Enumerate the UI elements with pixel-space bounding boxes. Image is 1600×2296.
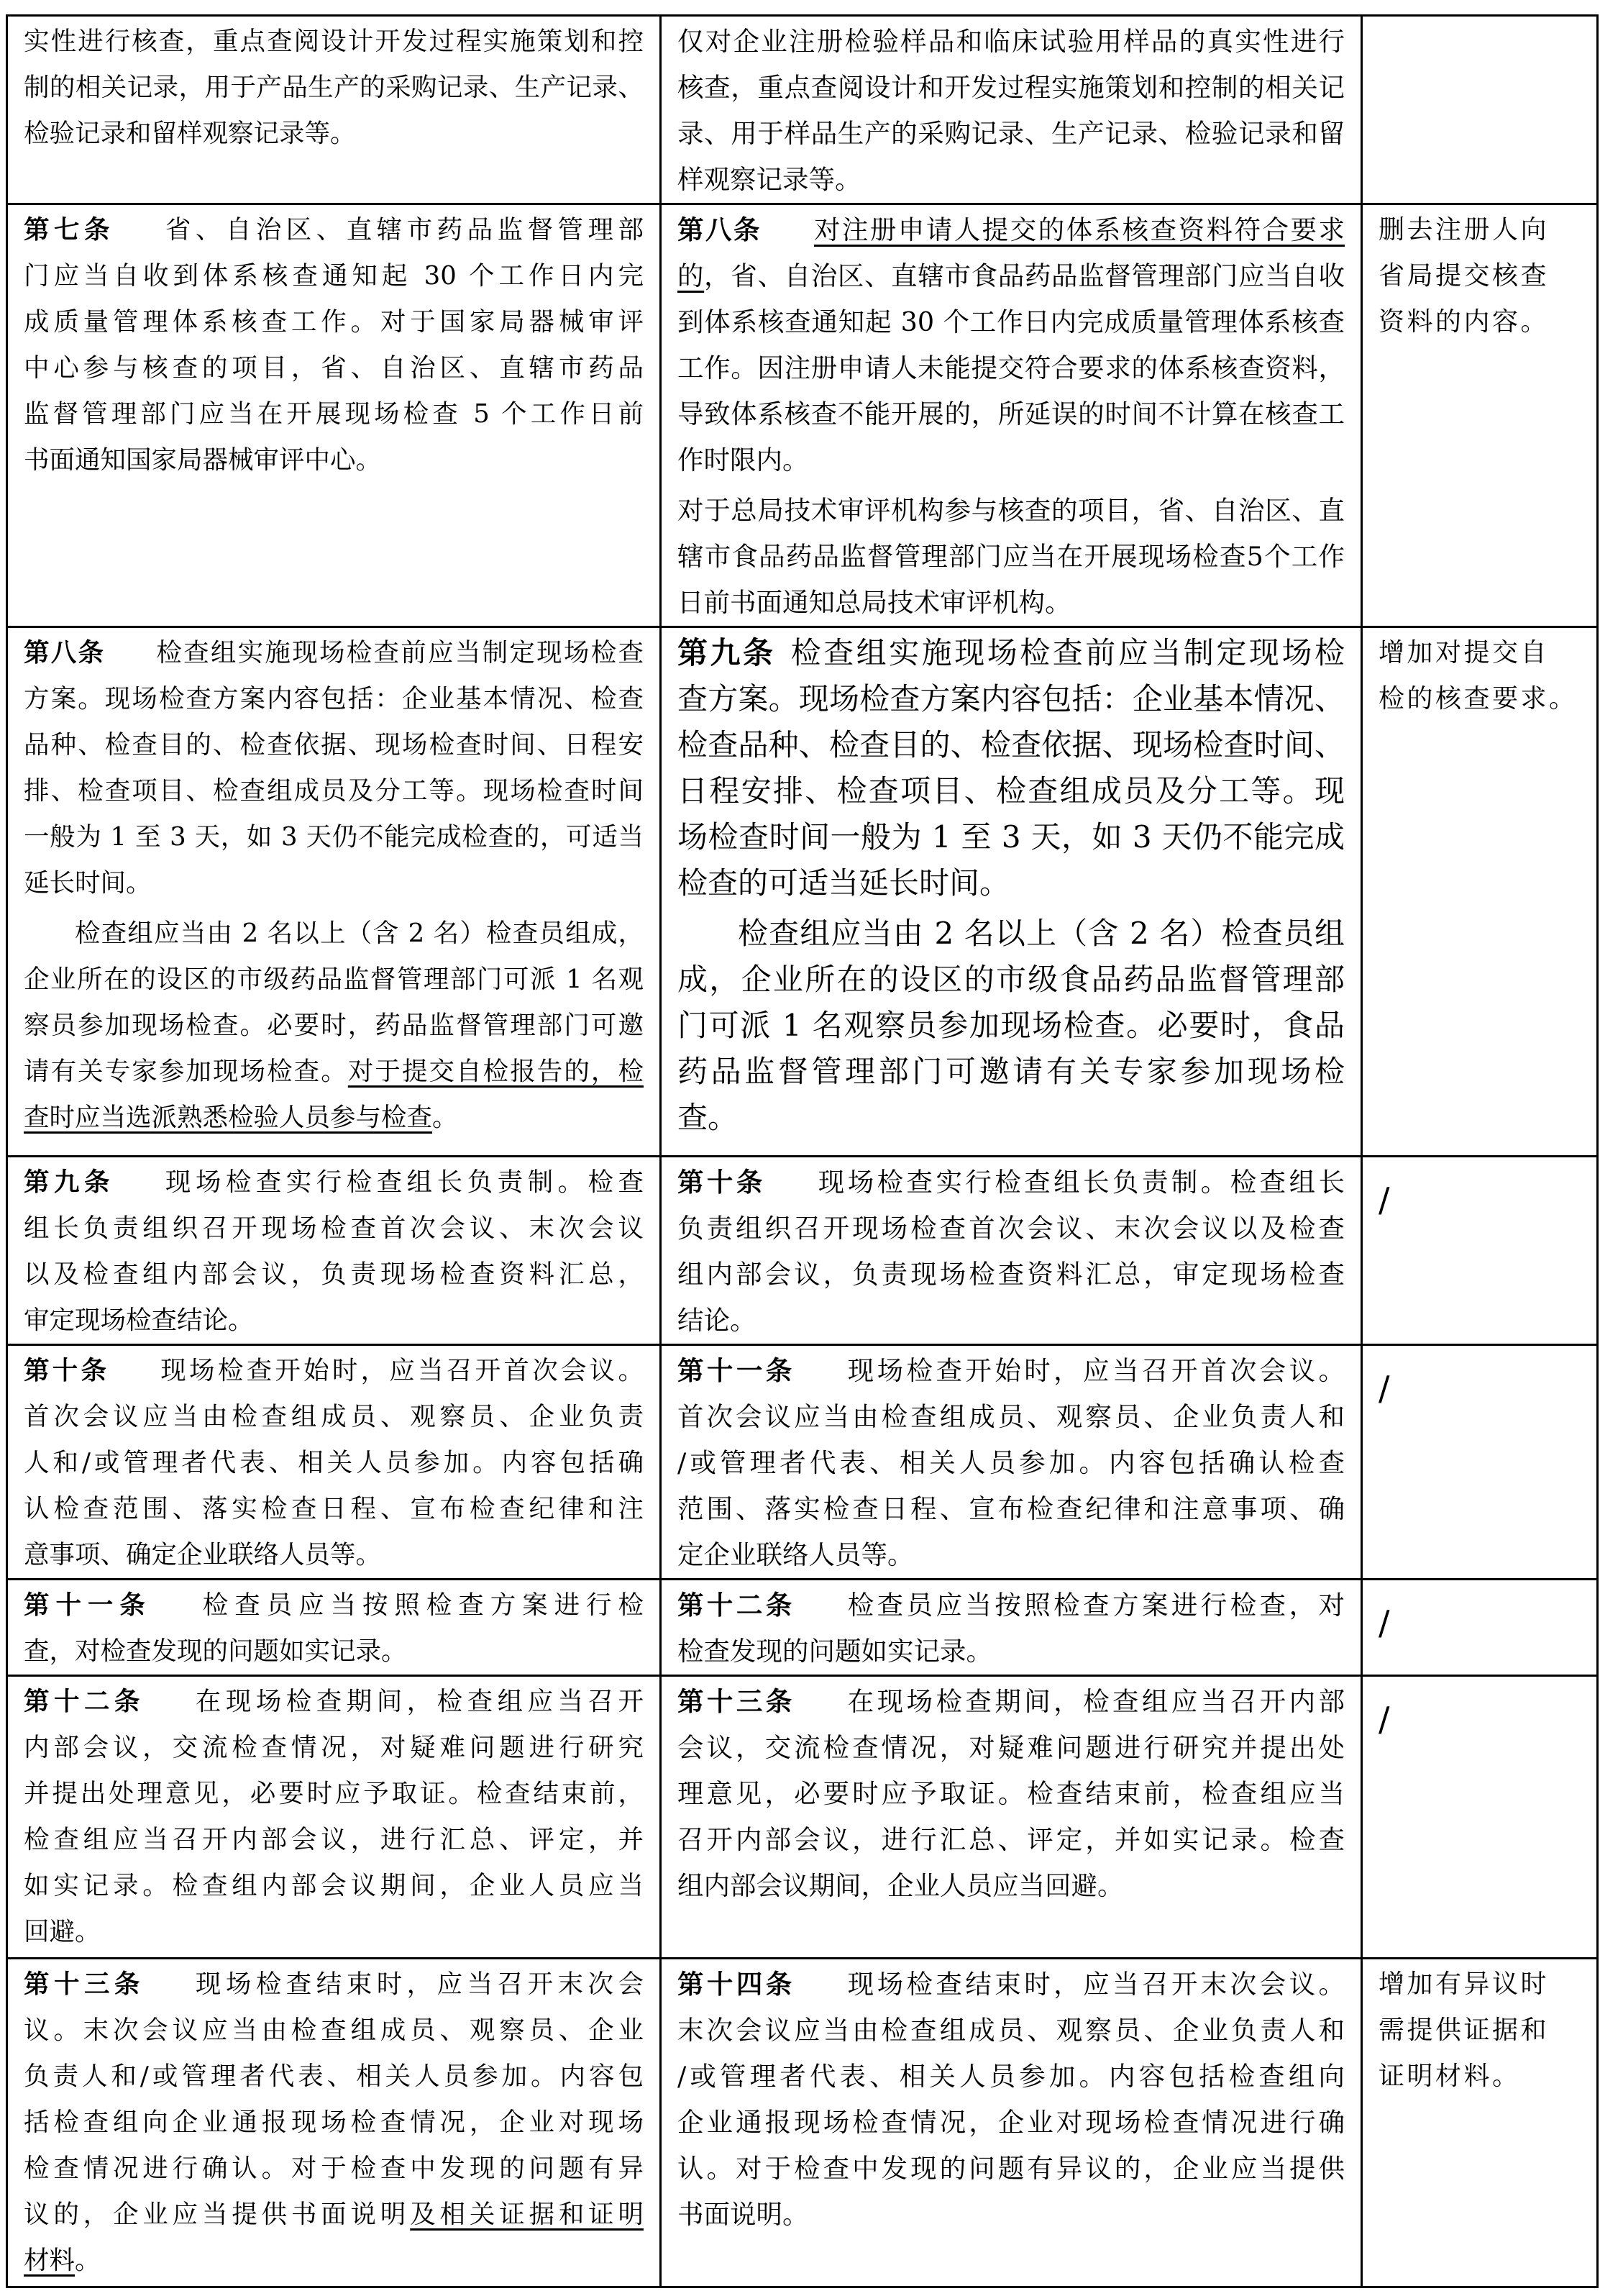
text-line: 材料。 — [24, 2238, 644, 2284]
text-line: 查方案。现场检查方案内容包括：企业基本情况、 — [677, 676, 1345, 722]
article-number: 第十三条 — [677, 1686, 795, 1717]
table-row: 第八条检查组实施现场检查前应当制定现场检查 方案。现场检查方案内容包括：企业基本… — [7, 627, 1598, 1157]
text-line: 回避。 — [24, 1909, 644, 1955]
line-text: 省局提交核查 — [1379, 261, 1549, 291]
line-text: 省、自治区、直辖市药品监督管理部 — [165, 215, 644, 245]
table-row: 实性进行核查，重点查阅设计开发过程实施策划和控 制的相关记录，用于产品生产的采购… — [7, 16, 1598, 204]
line-text: 现场检查结束时，应当召开末次会 — [196, 1969, 644, 1999]
text-line: 负责人和/或管理者代表、相关人员参加。内容包 — [24, 2054, 644, 2100]
article-number: 第十一条 — [24, 1590, 152, 1620]
text-line: 检查组应当召开内部会议，进行汇总、评定，并 — [24, 1817, 644, 1863]
change-note-cell: 增加对提交自 检的核查要求。 — [1362, 627, 1598, 1157]
text-line: 检查发现的问题如实记录。 — [677, 1628, 1345, 1675]
revised-clause-cell: 第十一条现场检查开始时，应当召开首次会议。 首次会议应当由检查组成员、观察员、企… — [661, 1345, 1362, 1580]
line-text: 导致体系核查不能开展的，所延误的时间不计算在核查工 — [677, 398, 1345, 429]
line-text: 辖市食品药品监督管理部门应当在开展现场检查5个工作 — [677, 541, 1345, 572]
text-line: 察员参加现场检查。必要时，药品监督管理部门可邀 — [24, 1003, 644, 1049]
line-text: 录、用于样品生产的采购记录、生产记录、检验记录和留 — [677, 118, 1345, 149]
line-text: 请有关专家参加现场检查。 — [24, 1057, 348, 1086]
text-line: 请有关专家参加现场检查。对于提交自检报告的，检 — [24, 1049, 644, 1095]
text-line: 查，对检查发现的问题如实记录。 — [24, 1628, 644, 1675]
line-text: 检查组应当召开内部会议，进行汇总、评定，并 — [24, 1825, 644, 1854]
original-clause-cell: 第十条现场检查开始时，应当召开首次会议。 首次会议应当由检查组成员、观察员、企业… — [7, 1345, 661, 1580]
text-line: 组内部会议期间，企业人员应当回避。 — [677, 1863, 1345, 1909]
line-text: 日程安排、检查项目、检查组成员及分工等。现 — [677, 773, 1345, 808]
revised-clause-cell: 第十四条现场检查结束时，应当召开末次会议。 末次会议应当由检查组成员、观察员、企… — [661, 1959, 1362, 2287]
line-text: 范围、落实检查日程、宣布检查纪律和注意事项、确 — [677, 1493, 1345, 1524]
line-text: 检的核查要求。 — [1379, 684, 1578, 714]
line-text: 书面通知国家局器械审评中心。 — [24, 445, 381, 475]
line-text: 会议，交流检查情况，对疑难问题进行研究并提出处 — [677, 1732, 1345, 1763]
text-line: 议。末次会议应当由检查组成员、观察员、企业 — [24, 2008, 644, 2054]
line-text: 成，企业所在的设区的市级食品药品监督管理部 — [677, 962, 1345, 997]
text-line: 制的相关记录，用于产品生产的采购记录、生产记录、 — [24, 65, 644, 111]
no-change-slash-mark: / — [1379, 1160, 1581, 1223]
text-line: 检验记录和留样观察记录等。 — [24, 111, 644, 157]
text-line: 场检查时间一般为 1 至 3 天，如 3 天仍不能完成 — [677, 814, 1345, 860]
underlined-text: 材料 — [24, 2246, 75, 2275]
no-change-slash-mark: / — [1379, 1582, 1581, 1646]
line-text: /或管理者代表、相关人员参加。内容包括确认检查 — [677, 1447, 1345, 1478]
line-text: 查方案。现场检查方案内容包括：企业基本情况、 — [677, 681, 1345, 716]
line-text: 现场检查开始时，应当召开首次会议。 — [848, 1355, 1345, 1386]
text-line: 议的，企业应当提供书面说明及相关证据和证明 — [24, 2192, 644, 2238]
line-text: 检查发现的问题如实记录。 — [677, 1636, 992, 1667]
line-text: 场检查时间一般为 1 至 3 天，如 3 天仍不能完成 — [677, 819, 1345, 855]
article-first-line: 第九条现场检查实行检查组长负责制。检查 — [24, 1160, 644, 1206]
original-clause-cell: 实性进行核查，重点查阅设计开发过程实施策划和控 制的相关记录，用于产品生产的采购… — [7, 16, 661, 204]
line-text: 检查情况进行确认。对于检查中发现的问题有异 — [24, 2154, 644, 2183]
line-text: 检查的可适当延长时间。 — [677, 865, 1010, 901]
text-line: 意事项、确定企业联络人员等。 — [24, 1532, 644, 1578]
article-first-line: 第八条对注册申请人提交的体系核查资料符合要求 — [677, 207, 1345, 253]
text-line: 结论。 — [677, 1298, 1345, 1344]
text-line: 品种、检查目的、检查依据、现场检查时间、日程安 — [24, 722, 644, 768]
line-text: 企业通报现场检查情况，企业对现场检查情况进行确 — [677, 2107, 1345, 2138]
underlined-text: 的 — [677, 260, 704, 291]
text-line: 检查品种、检查目的、检查依据、现场检查时间、 — [677, 722, 1345, 768]
line-text: 检查组实施现场检查前应当制定现场检查 — [156, 638, 644, 668]
line-text: 制的相关记录，用于产品生产的采购记录、生产记录、 — [24, 73, 644, 102]
article-first-line: 第十条现场检查开始时，应当召开首次会议。 — [24, 1348, 644, 1394]
paragraph-first-line: 检查组应当由 2 名以上（含 2 名）检查员组 — [677, 911, 1345, 957]
text-line: 门可派 1 名观察员参加现场检查。必要时，食品 — [677, 1003, 1345, 1049]
line-text: /或管理者代表、相关人员参加。内容包括检查组向 — [677, 2061, 1345, 2092]
line-text: 日前书面通知总局技术审评机构。 — [677, 587, 1071, 618]
text-line: 方案。现场检查方案内容包括：企业基本情况、检查 — [24, 676, 644, 722]
text-line: 成，企业所在的设区的市级食品药品监督管理部 — [677, 957, 1345, 1003]
note-line: 证明材料。 — [1379, 2054, 1581, 2100]
line-text: 检查组实施现场检查前应当制定现场检 — [791, 635, 1345, 670]
text-line: 负责组织召开现场检查首次会议、末次会议以及检查 — [677, 1206, 1345, 1252]
underlined-text: 查时应当选派熟悉检验人员参与检查 — [24, 1103, 432, 1132]
line-text: 对于总局技术审评机构参与核查的项目，省、自治区、直 — [677, 495, 1345, 526]
revised-clause-cell: 第十二条检查员应当按照检查方案进行检查，对 检查发现的问题如实记录。 — [661, 1580, 1362, 1676]
table-row: 第十条现场检查开始时，应当召开首次会议。 首次会议应当由检查组成员、观察员、企业… — [7, 1345, 1598, 1580]
article-first-line: 第七条省、自治区、直辖市药品监督管理部 — [24, 207, 644, 253]
text-line: 定企业联络人员等。 — [677, 1532, 1345, 1578]
article-number: 第十二条 — [677, 1590, 795, 1621]
line-text: 企业所在的设区的市级药品监督管理部门可派 1 名观 — [24, 965, 644, 994]
underlined-text: 及相关证据和证明 — [410, 2200, 644, 2229]
line-text: 品种、检查目的、检查依据、现场检查时间、日程安 — [24, 730, 644, 760]
line-text: 负责组织召开现场检查首次会议、末次会议以及检查 — [677, 1213, 1345, 1244]
text-line: 会议，交流检查情况，对疑难问题进行研究并提出处 — [677, 1725, 1345, 1771]
line-text: 并提出处理意见，必要时应予取证。检查结束前， — [24, 1779, 644, 1808]
line-text: 到体系核查通知起 30 个工作日内完成质量管理体系核查 — [677, 306, 1345, 337]
line-text: 议。末次会议应当由检查组成员、观察员、企业 — [24, 2015, 644, 2045]
line-text: 检查员应当按照检查方案进行检 — [203, 1590, 644, 1620]
underlined-text: 对注册申请人提交的体系核查资料符合要求 — [814, 214, 1345, 245]
text-line: 认检查范围、落实检查日程、宣布检查纪律和注 — [24, 1486, 644, 1532]
line-text: ，省、自治区、直辖市食品药品监督管理部门应当自收 — [704, 260, 1345, 291]
line-text: 增加对提交自 — [1379, 638, 1549, 668]
text-line: 检查的可适当延长时间。 — [677, 860, 1345, 906]
text-line: 末次会议应当由检查组成员、观察员、企业负责人和 — [677, 2008, 1345, 2054]
text-line: 检查情况进行确认。对于检查中发现的问题有异 — [24, 2146, 644, 2192]
line-text: 证明材料。 — [1379, 2062, 1521, 2091]
table-row: 第十一条检查员应当按照检查方案进行检 查，对检查发现的问题如实记录。 第十二条检… — [7, 1580, 1598, 1676]
line-text: 意事项、确定企业联络人员等。 — [24, 1540, 381, 1570]
line-text: 检查员应当按照检查方案进行检查，对 — [848, 1590, 1345, 1621]
text-line: 一般为 1 至 3 天，如 3 天仍不能完成检查的，可适当 — [24, 814, 644, 860]
text-line: 认。对于检查中发现的问题有异议的，企业应当提供 — [677, 2146, 1345, 2192]
text-line: 排、检查项目、检查组成员及分工等。现场检查时间 — [24, 768, 644, 814]
article-first-line: 第九条检查组实施现场检查前应当制定现场检 — [677, 630, 1345, 676]
text-line: 门应当自收到体系核查通知起 30 个工作日内完 — [24, 253, 644, 299]
text-line: 核查，重点查阅设计和开发过程实施策划和控制的相关记 — [677, 65, 1345, 111]
revised-clause-cell: 第十三条在现场检查期间，检查组应当召开内部 会议，交流检查情况，对疑难问题进行研… — [661, 1676, 1362, 1959]
text-line: 延长时间。 — [24, 860, 644, 906]
change-note-cell: 增加有异议时 需提供证据和 证明材料。 — [1362, 1959, 1598, 2287]
line-text: 检查品种、检查目的、检查依据、现场检查时间、 — [677, 727, 1345, 762]
line-text: 。 — [432, 1103, 458, 1132]
line-text: 组内部会议期间，企业人员应当回避。 — [677, 1870, 1124, 1901]
line-text: 现场检查实行检查组长负责制。检查组长 — [818, 1167, 1345, 1198]
line-text: 检查组应当由 2 名以上（含 2 名）检查员组成， — [75, 919, 644, 948]
line-text: 在现场检查期间，检查组应当召开 — [196, 1687, 644, 1716]
text-line: 书面通知国家局器械审评中心。 — [24, 437, 644, 483]
original-clause-cell: 第七条省、自治区、直辖市药品监督管理部 门应当自收到体系核查通知起 30 个工作… — [7, 204, 661, 627]
text-line: 首次会议应当由检查组成员、观察员、企业负责人和 — [677, 1394, 1345, 1440]
change-note-cell: 删去注册人向 省局提交核查 资料的内容。 — [1362, 204, 1598, 627]
article-number: 第十条 — [677, 1167, 766, 1198]
article-first-line: 第十四条现场检查结束时，应当召开末次会议。 — [677, 1962, 1345, 2008]
text-line: 审定现场检查结论。 — [24, 1298, 644, 1344]
line-text: 检验记录和留样观察记录等。 — [24, 119, 356, 148]
text-line: 中心参与核查的项目，省、自治区、直辖市药品 — [24, 345, 644, 391]
article-first-line: 第十三条现场检查结束时，应当召开末次会 — [24, 1962, 644, 2008]
text-line: /或管理者代表、相关人员参加。内容包括确认检查 — [677, 1440, 1345, 1486]
line-text: 如实记录。检查组内部会议期间，企业人员应当 — [24, 1871, 644, 1900]
line-text: 括检查组向企业通报现场检查情况，企业对现场 — [24, 2108, 644, 2137]
paragraph-first-line: 检查组应当由 2 名以上（含 2 名）检查员组成， — [24, 911, 644, 957]
text-line: 内部会议，交流检查情况，对疑难问题进行研究 — [24, 1725, 644, 1771]
line-text: 监督管理部门应当在开展现场检查 5 个工作日前 — [24, 399, 644, 429]
text-line: 召开内部会议，进行汇总、评定，并如实记录。检查 — [677, 1817, 1345, 1863]
article-number: 第九条 — [677, 635, 776, 670]
line-text: 首次会议应当由检查组成员、观察员、企业负责人和 — [677, 1401, 1345, 1432]
line-text: 在现场检查期间，检查组应当召开内部 — [848, 1686, 1345, 1717]
article-number: 第八条 — [677, 214, 762, 245]
text-line: 辖市食品药品监督管理部门应当在开展现场检查5个工作 — [677, 534, 1345, 580]
line-text: 召开内部会议，进行汇总、评定，并如实记录。检查 — [677, 1824, 1345, 1855]
line-text: 删去注册人向 — [1379, 215, 1549, 245]
line-text: 增加有异议时 — [1379, 1969, 1549, 1999]
article-first-line: 第十一条检查员应当按照检查方案进行检 — [24, 1582, 644, 1628]
note-line: 增加对提交自 — [1379, 630, 1581, 676]
table-row: 第十三条现场检查结束时，应当召开末次会 议。末次会议应当由检查组成员、观察员、企… — [7, 1959, 1598, 2287]
line-text: 察员参加现场检查。必要时，药品监督管理部门可邀 — [24, 1011, 644, 1040]
note-line: 资料的内容。 — [1379, 299, 1581, 345]
note-line: 检的核查要求。 — [1379, 676, 1581, 722]
text-line: 药品监督管理部门可邀请有关专家参加现场检 — [677, 1049, 1345, 1095]
line-text: 人和/或管理者代表、相关人员参加。内容包括确 — [24, 1448, 644, 1477]
line-text: 检查组应当由 2 名以上（含 2 名）检查员组 — [738, 916, 1345, 951]
text-line: 如实记录。检查组内部会议期间，企业人员应当 — [24, 1863, 644, 1909]
line-text: 内部会议，交流检查情况，对疑难问题进行研究 — [24, 1733, 644, 1762]
text-line: 括检查组向企业通报现场检查情况，企业对现场 — [24, 2100, 644, 2146]
text-line: 日程安排、检查项目、检查组成员及分工等。现 — [677, 768, 1345, 814]
line-text: 样观察记录等。 — [677, 164, 861, 195]
line-text: 末次会议应当由检查组成员、观察员、企业负责人和 — [677, 2015, 1345, 2046]
change-note-cell: / — [1362, 1345, 1598, 1580]
line-text: 工作。因注册申请人未能提交符合要求的体系核查资料， — [677, 352, 1345, 383]
line-text: 现场检查实行检查组长负责制。检查 — [165, 1167, 644, 1197]
article-number: 第十三条 — [24, 1969, 145, 1999]
text-line: 录、用于样品生产的采购记录、生产记录、检验记录和留 — [677, 111, 1345, 157]
text-line: 作时限内。 — [677, 437, 1345, 483]
text-line: /或管理者代表、相关人员参加。内容包括检查组向 — [677, 2054, 1345, 2100]
text-line: 范围、落实检查日程、宣布检查纪律和注意事项、确 — [677, 1486, 1345, 1532]
text-line: 以及检查组内部会议，负责现场检查资料汇总， — [24, 1252, 644, 1298]
article-number: 第七条 — [24, 215, 114, 245]
text-line: 实性进行核查，重点查阅设计开发过程实施策划和控 — [24, 19, 644, 65]
original-clause-cell: 第十一条检查员应当按照检查方案进行检 查，对检查发现的问题如实记录。 — [7, 1580, 661, 1676]
line-text: 查。 — [677, 1100, 738, 1135]
line-text: 一般为 1 至 3 天，如 3 天仍不能完成检查的，可适当 — [24, 822, 644, 852]
text-line: 到体系核查通知起 30 个工作日内完成质量管理体系核查 — [677, 299, 1345, 345]
revised-clause-cell: 第八条对注册申请人提交的体系核查资料符合要求 的，省、自治区、直辖市食品药品监督… — [661, 204, 1362, 627]
text-line: 组内部会议，负责现场检查资料汇总，审定现场检查 — [677, 1252, 1345, 1298]
line-text: 作时限内。 — [677, 445, 809, 475]
table-row: 第九条现场检查实行检查组长负责制。检查 组长负责组织召开现场检查首次会议、末次会… — [7, 1157, 1598, 1345]
text-line: 人和/或管理者代表、相关人员参加。内容包括确 — [24, 1440, 644, 1486]
note-line: 需提供证据和 — [1379, 2008, 1581, 2054]
line-text: 延长时间。 — [24, 868, 152, 898]
original-clause-cell: 第九条现场检查实行检查组长负责制。检查 组长负责组织召开现场检查首次会议、末次会… — [7, 1157, 661, 1345]
line-text: 定企业联络人员等。 — [677, 1539, 914, 1570]
line-text: 。 — [75, 2246, 101, 2275]
change-note-cell: / — [1362, 1157, 1598, 1345]
line-text: 现场检查开始时，应当召开首次会议。 — [160, 1356, 644, 1385]
article-number: 第十四条 — [677, 1969, 795, 2000]
line-text: 回避。 — [24, 1917, 101, 1946]
text-line: 的，省、自治区、直辖市食品药品监督管理部门应当自收 — [677, 253, 1345, 299]
original-clause-cell: 第八条检查组实施现场检查前应当制定现场检查 方案。现场检查方案内容包括：企业基本… — [7, 627, 661, 1157]
change-note-cell: / — [1362, 1676, 1598, 1959]
line-text: 方案。现场检查方案内容包括：企业基本情况、检查 — [24, 684, 644, 714]
article-number: 第十条 — [24, 1356, 109, 1385]
line-text: 认检查范围、落实检查日程、宣布检查纪律和注 — [24, 1494, 644, 1523]
change-note-cell — [1362, 16, 1598, 204]
article-first-line: 第十二条在现场检查期间，检查组应当召开 — [24, 1679, 644, 1725]
line-text: 负责人和/或管理者代表、相关人员参加。内容包 — [24, 2062, 644, 2091]
no-change-slash-mark: / — [1379, 1679, 1581, 1742]
line-text: 以及检查组内部会议，负责现场检查资料汇总， — [24, 1259, 644, 1289]
line-text: 认。对于检查中发现的问题有异议的，企业应当提供 — [677, 2153, 1345, 2184]
line-text: 组长负责组织召开现场检查首次会议、末次会议 — [24, 1213, 644, 1243]
line-text: 实性进行核查，重点查阅设计开发过程实施策划和控 — [24, 27, 644, 56]
text-line: 企业通报现场检查情况，企业对现场检查情况进行确 — [677, 2100, 1345, 2146]
text-line: 并提出处理意见，必要时应予取证。检查结束前， — [24, 1771, 644, 1817]
line-text: 排、检查项目、检查组成员及分工等。现场检查时间 — [24, 776, 644, 806]
line-text: 核查，重点查阅设计和开发过程实施策划和控制的相关记 — [677, 72, 1345, 103]
article-first-line: 第十二条检查员应当按照检查方案进行检查，对 — [677, 1582, 1345, 1628]
text-line: 样观察记录等。 — [677, 157, 1345, 203]
line-text: 中心参与核查的项目，省、自治区、直辖市药品 — [24, 353, 644, 383]
original-clause-cell: 第十二条在现场检查期间，检查组应当召开 内部会议，交流检查情况，对疑难问题进行研… — [7, 1676, 661, 1959]
text-line: 首次会议应当由检查组成员、观察员、企业负责 — [24, 1394, 644, 1440]
article-first-line: 第十条现场检查实行检查组长负责制。检查组长 — [677, 1160, 1345, 1206]
text-line: 成质量管理体系核查工作。对于国家局器械审评 — [24, 299, 644, 345]
note-line: 省局提交核查 — [1379, 253, 1581, 299]
line-text: 资料的内容。 — [1379, 307, 1549, 337]
table-row: 第七条省、自治区、直辖市药品监督管理部 门应当自收到体系核查通知起 30 个工作… — [7, 204, 1598, 627]
text-line: 对于总局技术审评机构参与核查的项目，省、自治区、直 — [677, 488, 1345, 534]
revised-clause-cell: 第九条检查组实施现场检查前应当制定现场检 查方案。现场检查方案内容包括：企业基本… — [661, 627, 1362, 1157]
original-clause-cell: 第十三条现场检查结束时，应当召开末次会 议。末次会议应当由检查组成员、观察员、企… — [7, 1959, 661, 2287]
text-line: 组长负责组织召开现场检查首次会议、末次会议 — [24, 1206, 644, 1252]
note-line: 删去注册人向 — [1379, 207, 1581, 253]
revised-clause-cell: 仅对企业注册检验样品和临床试验用样品的真实性进行 核查，重点查阅设计和开发过程实… — [661, 16, 1362, 204]
table-row: 第十二条在现场检查期间，检查组应当召开 内部会议，交流检查情况，对疑难问题进行研… — [7, 1676, 1598, 1959]
line-text: 现场检查结束时，应当召开末次会议。 — [848, 1969, 1345, 2000]
article-number: 第十二条 — [24, 1687, 145, 1716]
regulation-comparison-table: 实性进行核查，重点查阅设计开发过程实施策划和控 制的相关记录，用于产品生产的采购… — [6, 14, 1599, 2288]
article-first-line: 第十三条在现场检查期间，检查组应当召开内部 — [677, 1679, 1345, 1725]
line-text: 结论。 — [677, 1305, 756, 1336]
text-line: 查时应当选派熟悉检验人员参与检查。 — [24, 1095, 644, 1141]
text-line: 查。 — [677, 1095, 1345, 1141]
underlined-text: 对于提交自检报告的，检 — [348, 1057, 644, 1086]
line-text: 门可派 1 名观察员参加现场检查。必要时，食品 — [677, 1008, 1345, 1043]
article-first-line: 第十一条现场检查开始时，应当召开首次会议。 — [677, 1348, 1345, 1394]
change-note-cell: / — [1362, 1580, 1598, 1676]
article-number: 第十一条 — [677, 1355, 795, 1386]
text-line: 企业所在的设区的市级药品监督管理部门可派 1 名观 — [24, 957, 644, 1003]
text-line: 日前书面通知总局技术审评机构。 — [677, 580, 1345, 626]
line-text: 书面说明。 — [677, 2199, 809, 2230]
text-line: 工作。因注册申请人未能提交符合要求的体系核查资料， — [677, 345, 1345, 391]
article-number: 第八条 — [24, 638, 105, 668]
text-line: 监督管理部门应当在开展现场检查 5 个工作日前 — [24, 391, 644, 437]
text-line: 书面说明。 — [677, 2192, 1345, 2238]
line-text: 议的，企业应当提供书面说明 — [24, 2200, 410, 2229]
article-number: 第九条 — [24, 1167, 114, 1197]
note-line: 增加有异议时 — [1379, 1962, 1581, 2008]
line-text: 需提供证据和 — [1379, 2015, 1549, 2045]
text-line: 理意见，必要时应予取证。检查结束前，检查组应当 — [677, 1771, 1345, 1817]
line-text: 查，对检查发现的问题如实记录。 — [24, 1636, 407, 1666]
line-text: 组内部会议，负责现场检查资料汇总，审定现场检查 — [677, 1259, 1345, 1290]
line-text: 仅对企业注册检验样品和临床试验用样品的真实性进行 — [677, 26, 1345, 57]
article-first-line: 第八条检查组实施现场检查前应当制定现场检查 — [24, 630, 644, 676]
text-line: 导致体系核查不能开展的，所延误的时间不计算在核查工 — [677, 391, 1345, 437]
revised-clause-cell: 第十条现场检查实行检查组长负责制。检查组长 负责组织召开现场检查首次会议、末次会… — [661, 1157, 1362, 1345]
line-text: 药品监督管理部门可邀请有关专家参加现场检 — [677, 1054, 1345, 1089]
text-line: 仅对企业注册检验样品和临床试验用样品的真实性进行 — [677, 19, 1345, 65]
line-text: 首次会议应当由检查组成员、观察员、企业负责 — [24, 1402, 644, 1431]
line-text: 成质量管理体系核查工作。对于国家局器械审评 — [24, 307, 644, 337]
no-change-slash-mark: / — [1379, 1348, 1581, 1411]
line-text: 理意见，必要时应予取证。检查结束前，检查组应当 — [677, 1778, 1345, 1809]
line-text: 审定现场检查结论。 — [24, 1306, 254, 1335]
line-text: 门应当自收到体系核查通知起 30 个工作日内完 — [24, 261, 644, 291]
